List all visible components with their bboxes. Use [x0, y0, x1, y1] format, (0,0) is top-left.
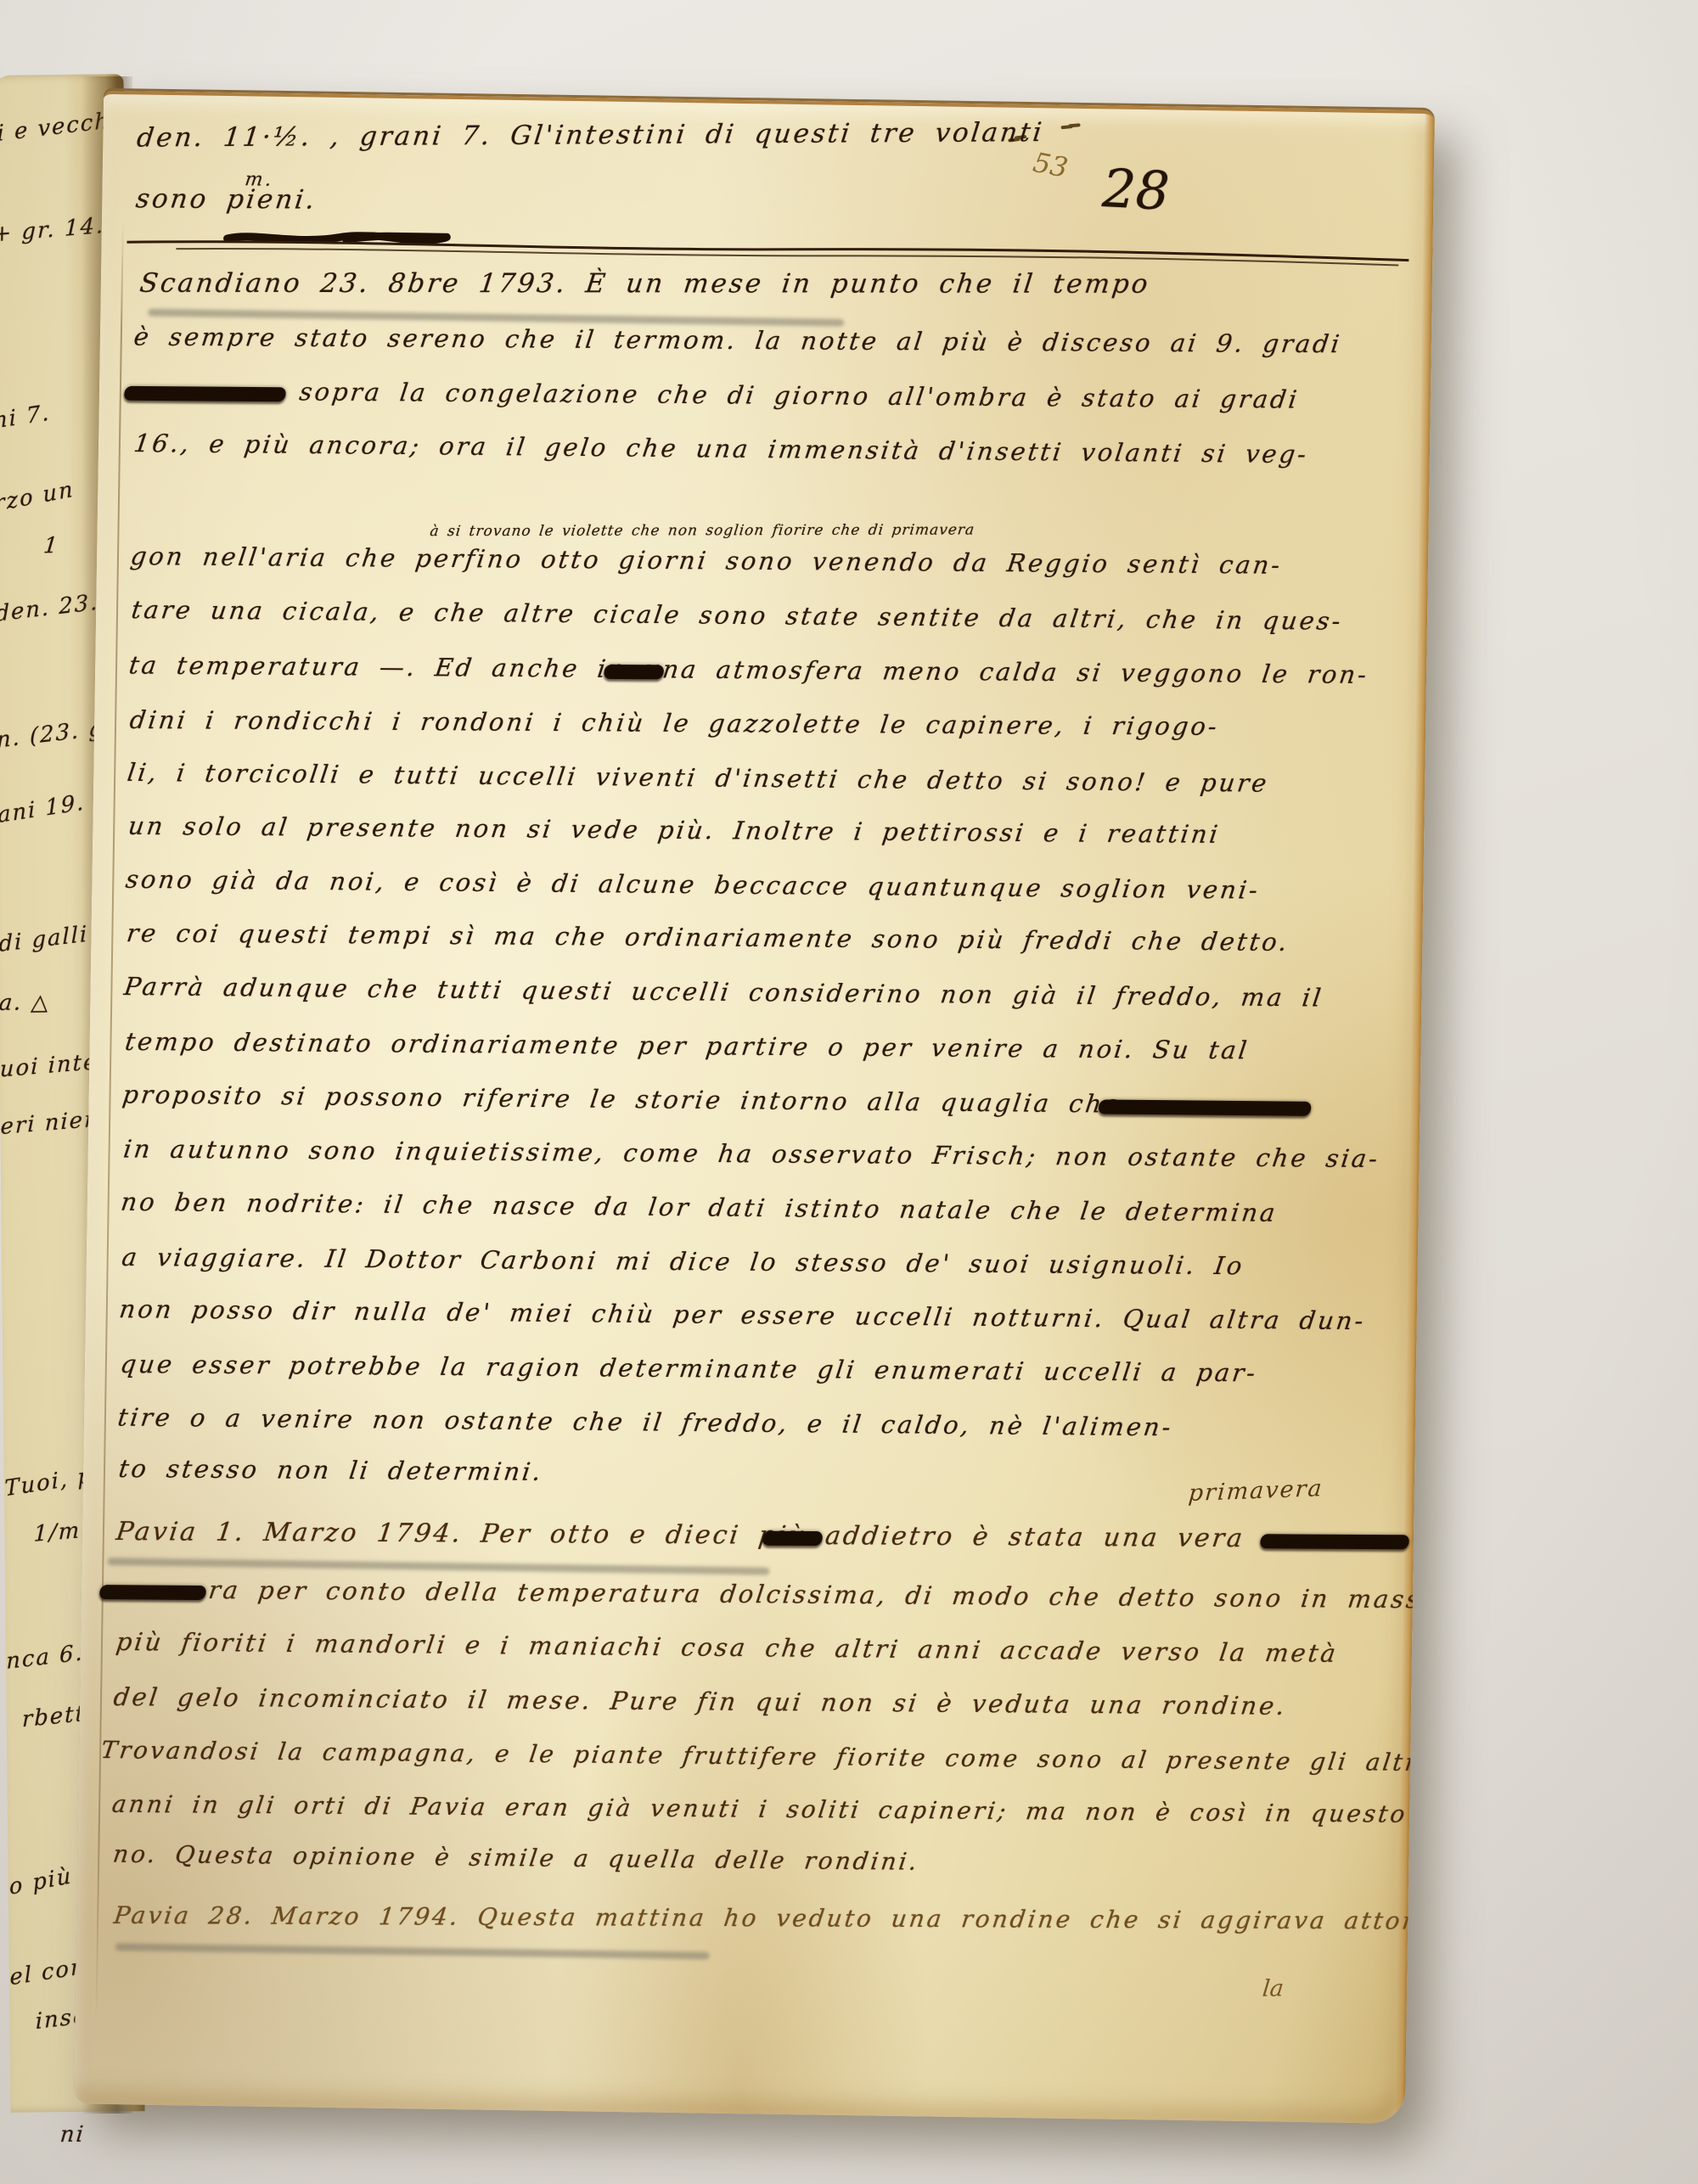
manuscript-line: ra per conto della temperatura dolcissim…	[207, 1575, 1435, 1614]
manuscript-line: Scandiano 23. 8bre 1793. È un mese in pu…	[138, 268, 1152, 300]
manuscript-line: tare una cicala, e che altre cicale sono…	[130, 595, 1345, 636]
ink-rule-divider	[125, 228, 1415, 273]
page-edge-text-fragment: n. (23. g	[0, 716, 104, 754]
page-edge-text-fragment: + gr. 14.	[0, 213, 105, 248]
manuscript-line: no. Questa opinione è simile a quella de…	[111, 1840, 921, 1876]
manuscript-line: que esser potrebbe la ragion determinant…	[119, 1350, 1260, 1387]
manuscript-line: ta temperatura —. Ed anche in una atmosf…	[127, 650, 1370, 688]
ink-strikethrough	[762, 1531, 823, 1546]
page-edge-text-fragment: 1	[42, 533, 60, 559]
page-edge-text-fragment: ni 7.	[0, 400, 51, 434]
manuscript-line: Trovandosi la campagna, e le piante frut…	[99, 1736, 1431, 1777]
manuscript-line: in autunno sono inquietissime, come ha o…	[121, 1134, 1381, 1173]
ink-strikethrough	[1259, 1534, 1409, 1549]
ink-strikethrough	[1098, 1099, 1312, 1115]
manuscript-line: Pavia 28. Marzo 1794. Questa mattina ho …	[112, 1901, 1435, 1935]
manuscript-line: del gelo incominciato il mese. Pure fin …	[112, 1682, 1289, 1721]
photo-backdrop: { "document": { "description": "Handwrit…	[0, 0, 1698, 2184]
manuscript-line: Pavia 1. Marzo 1794. Per otto e dieci pi…	[115, 1517, 1247, 1553]
pencil-smudge	[115, 1943, 710, 1959]
manuscript-line: den. 11·½. , grani 7. Gl'intestini di qu…	[135, 117, 1045, 154]
catchword: la	[1262, 1975, 1285, 2002]
manuscript-line: re coi questi tempi sì ma che ordinariam…	[125, 918, 1291, 957]
ink-strikethrough	[604, 665, 665, 680]
manuscript-line: non posso dir nulla de' miei chiù per es…	[118, 1294, 1368, 1335]
page-edge-text-fragment: eri nien	[0, 1106, 100, 1140]
manuscript-line: to stesso non li determini.	[117, 1454, 545, 1486]
manuscript-line: un solo al presente non si vede più. Ino…	[127, 811, 1222, 849]
manuscript-line: più fioriti i mandorli e i maniachi cosa…	[115, 1627, 1340, 1668]
manuscript-line: sono già da noi, e così è di alcune becc…	[124, 865, 1262, 905]
manuscript-line: sono pieni.	[134, 183, 319, 215]
manuscript-line: à si trovano le violette che non soglion…	[429, 521, 976, 540]
ink-strikethrough	[123, 386, 286, 401]
page-number: 28	[1101, 157, 1171, 222]
page-edge-text-fragment: ni	[59, 2122, 86, 2148]
manuscript-line: no ben nodrite: il che nasce da lor dati…	[119, 1187, 1279, 1227]
manuscript-line: Parrà adunque che tutti questi uccelli c…	[122, 972, 1324, 1013]
manuscript-line: proposito si possono riferire le storie …	[121, 1080, 1122, 1118]
manuscript-line: tire o a venire non ostante che il fredd…	[116, 1402, 1175, 1441]
folio-number: 53	[1031, 146, 1071, 184]
manuscript-line: li, i torcicolli e tutti uccelli viventi…	[126, 758, 1271, 798]
pencil-smudge	[107, 1558, 769, 1575]
manuscript-line: dini i rondicchi i rondoni i chiù le gaz…	[128, 705, 1221, 741]
ink-strikethrough	[98, 1585, 206, 1600]
manuscript-line: 16., e più ancora; ora il gelo che una i…	[132, 429, 1311, 469]
page-edge-text-fragment: rzo un	[0, 477, 76, 518]
page-edge-text-fragment: a. △	[0, 990, 51, 1016]
manuscript-line: tempo destinato ordinariamente per parti…	[123, 1027, 1251, 1064]
manuscript-line: gon nell'aria che perfino otto giorni so…	[129, 542, 1285, 580]
margin-annotation: primavera	[1188, 1475, 1324, 1507]
manuscript-page: 53 28 primavera la den. 11·½. , grani 7.…	[74, 91, 1435, 2124]
manuscript-line: sopra la congelazione che di giorno all'…	[298, 377, 1302, 413]
ink-tick	[1060, 125, 1072, 129]
manuscript-line: anni in gli orti di Pavia eran già venut…	[110, 1790, 1435, 1829]
manuscript-line: a viaggiare. Il Dottor Carboni mi dice l…	[121, 1243, 1246, 1280]
manuscript-line: è sempre stato sereno che il termom. la …	[132, 323, 1344, 359]
